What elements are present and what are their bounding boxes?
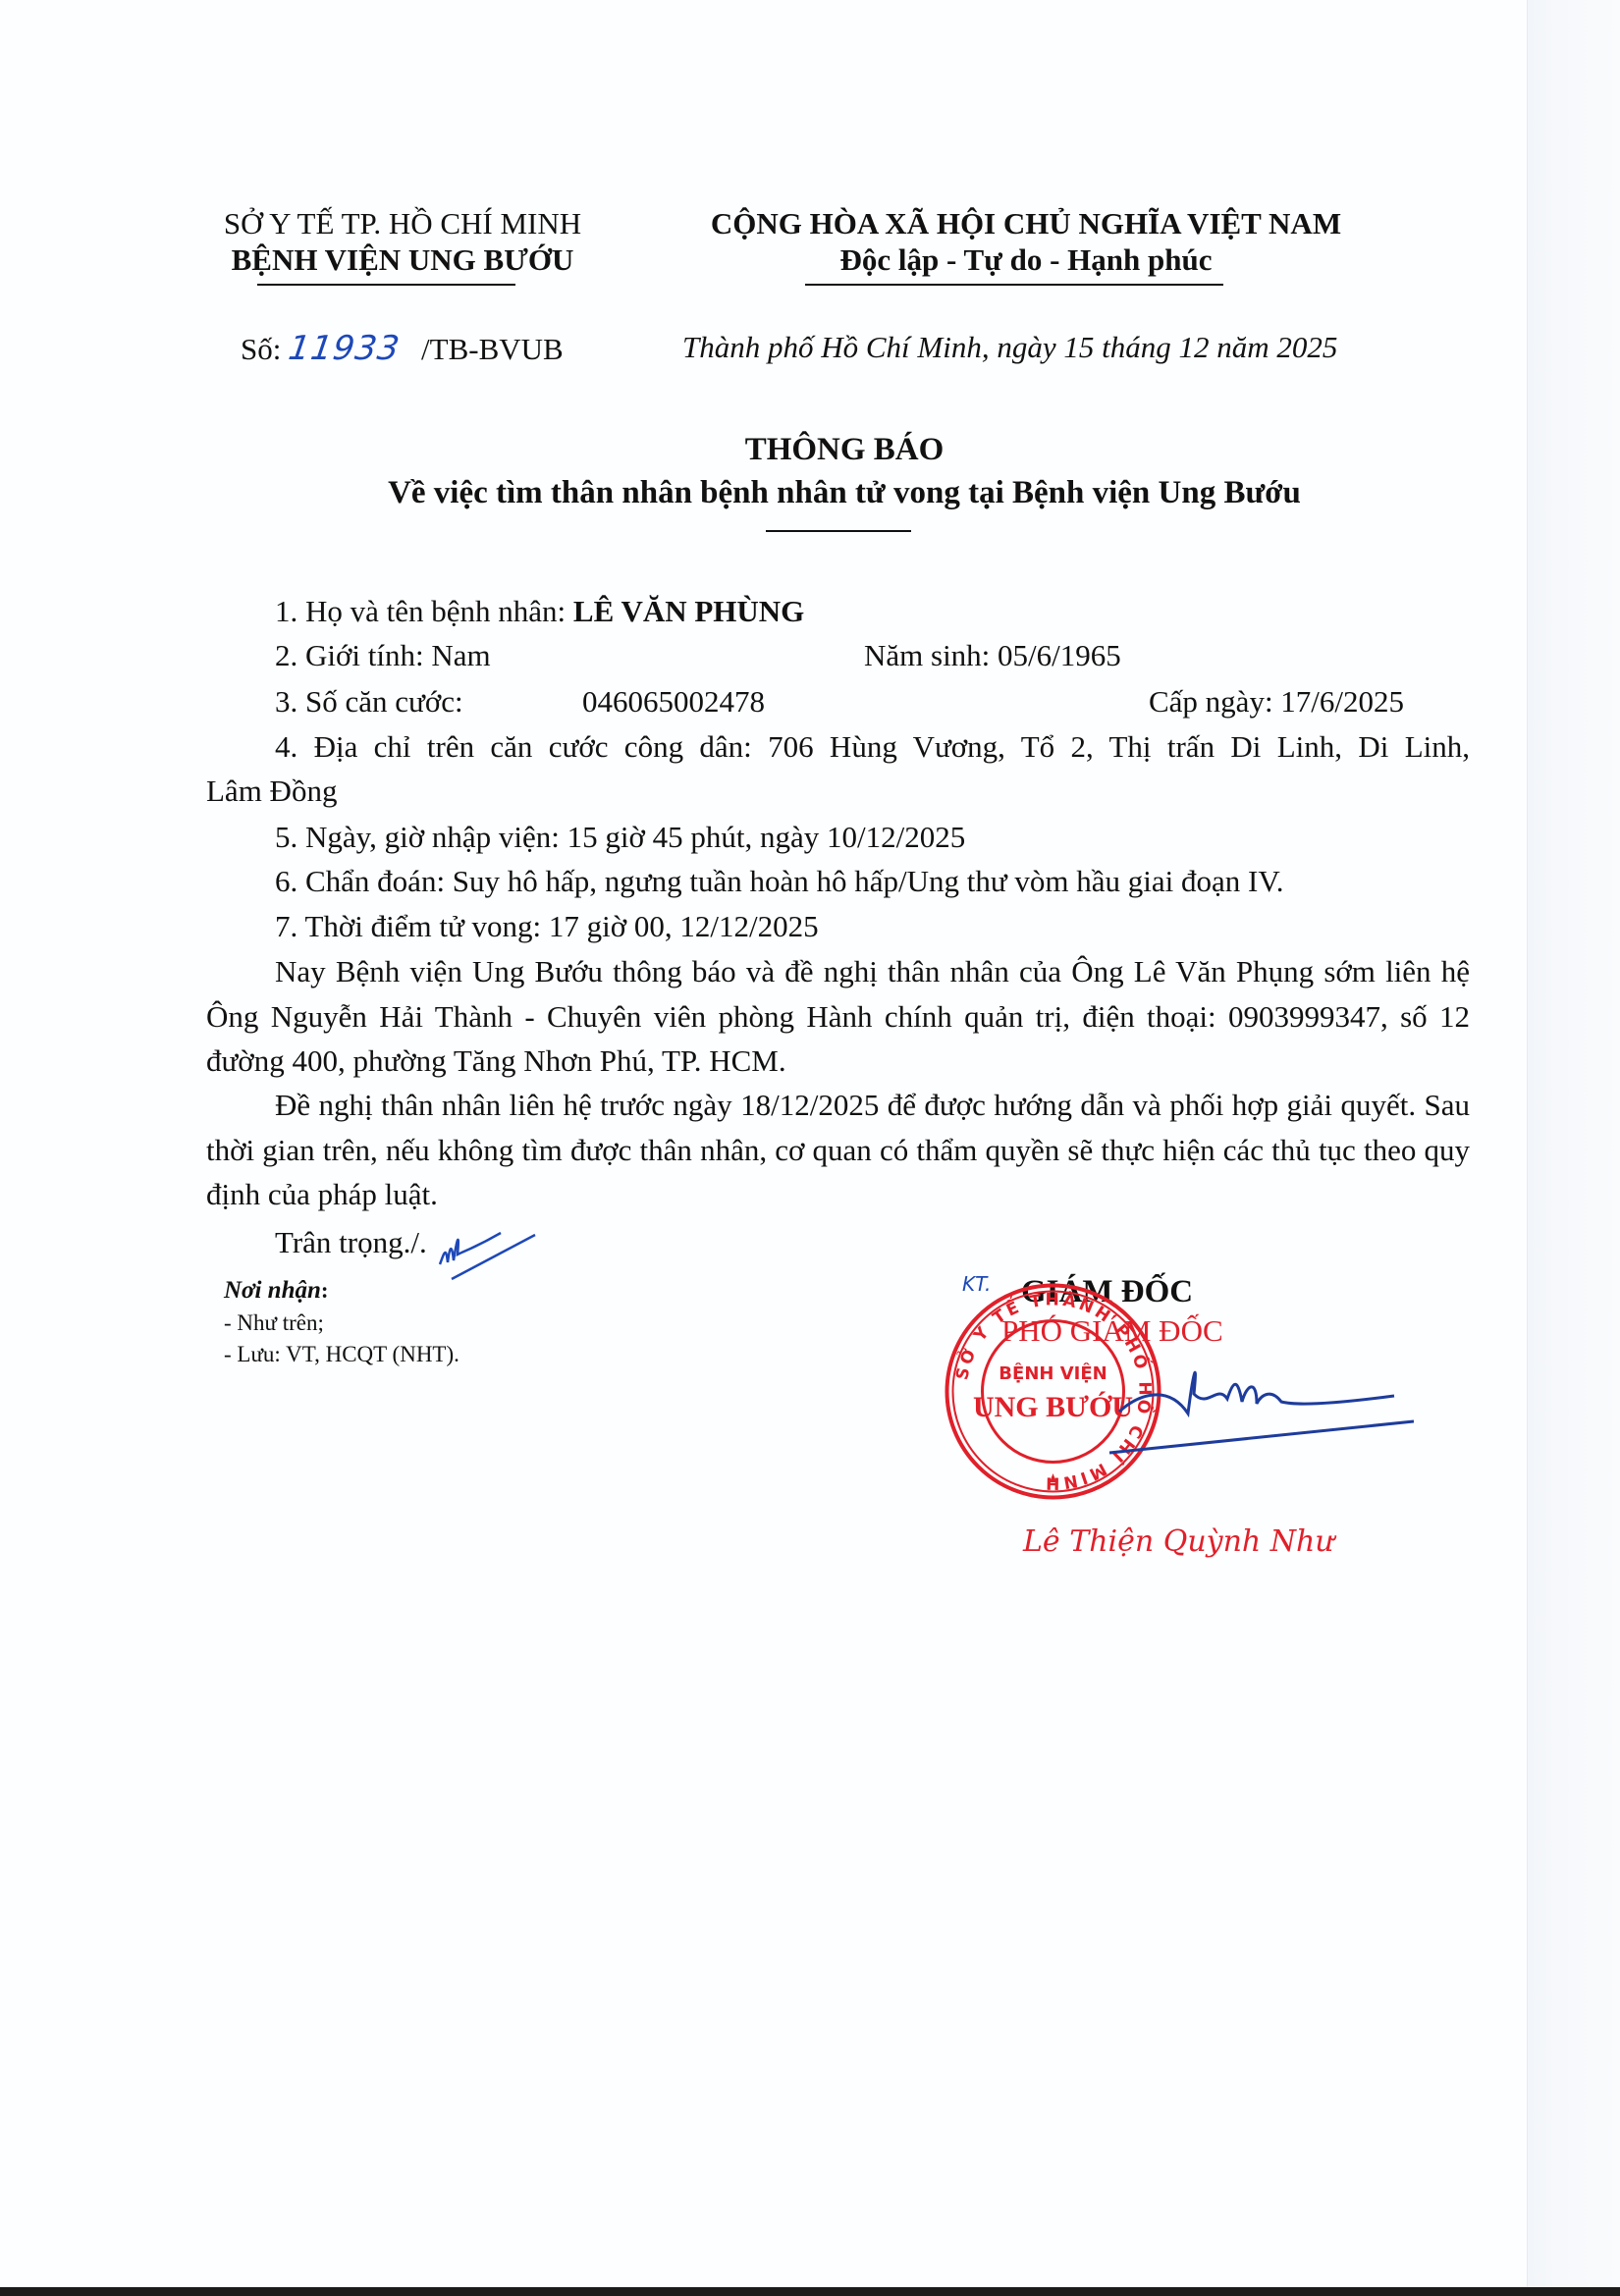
item-address: 4. Địa chỉ trên căn cước công dân: 706 H… xyxy=(275,724,1470,770)
place-date: Thành phố Hồ Chí Minh, ngày 15 tháng 12 … xyxy=(682,330,1337,365)
item-gender: 2. Giới tính: Nam xyxy=(275,633,491,678)
doc-number-handwritten: 11933 xyxy=(286,329,403,368)
item-id-number: 046065002478 xyxy=(582,679,765,724)
item-address-cont: Lâm Đồng xyxy=(206,769,337,814)
doc-number-prefix: Số: xyxy=(241,332,281,366)
nation-name: CỘNG HÒA XÃ HỘI CHỦ NGHĨA VIỆT NAM xyxy=(687,206,1365,241)
initials-signature-icon xyxy=(432,1225,550,1284)
document-title: THÔNG BÁO xyxy=(295,432,1394,467)
item-id-label: 3. Số căn cước: xyxy=(275,679,463,724)
closing-text: Trân trọng./. xyxy=(275,1220,427,1265)
recipients-label: Nơi nhận xyxy=(224,1277,321,1304)
item-id-issue-date: Cấp ngày: 17/6/2025 xyxy=(1149,679,1404,724)
recipient-item: - Như trên; xyxy=(224,1308,324,1338)
organization-name: BỆNH VIỆN UNG BƯỚU xyxy=(206,242,599,278)
item-patient-name: 1. Họ và tên bệnh nhân: LÊ VĂN PHÙNG xyxy=(275,589,804,634)
document-subtitle: Về việc tìm thân nhân bệnh nhân tử vong … xyxy=(196,475,1492,510)
doc-number-suffix: /TB-BVUB xyxy=(421,332,564,366)
organization-underline xyxy=(257,284,515,286)
closing: Trân trọng./. xyxy=(275,1225,427,1259)
recipient-item: - Lưu: VT, HCQT (NHT). xyxy=(224,1340,459,1369)
notice-paragraph-contact: Nay Bệnh viện Ung Bướu thông báo và đề n… xyxy=(206,949,1470,1084)
signer-name: Lê Thiện Quỳnh Như xyxy=(1023,1524,1334,1559)
item-death-time: 7. Thời điểm tử vong: 17 giờ 00, 12/12/2… xyxy=(275,904,819,949)
notice-paragraph-deadline: Đề nghị thân nhân liên hệ trước ngày 18/… xyxy=(206,1083,1470,1217)
item-diagnosis: 6. Chẩn đoán: Suy hô hấp, ngưng tuần hoà… xyxy=(275,859,1284,904)
stamp-center-top: BỆNH VIỆN xyxy=(999,1362,1107,1384)
scan-page-edge xyxy=(1527,0,1620,2287)
scan-bottom-border xyxy=(0,2287,1620,2296)
recipients-colon: : xyxy=(321,1278,329,1303)
patient-name-value: LÊ VĂN PHÙNG xyxy=(573,594,804,628)
document-number: Số: 11933 /TB-BVUB xyxy=(241,329,564,368)
director-signature-icon xyxy=(1100,1355,1414,1463)
patient-name-label: 1. Họ và tên bệnh nhân: xyxy=(275,594,573,628)
item-birth-date: Năm sinh: 05/6/1965 xyxy=(864,633,1121,678)
national-motto: Độc lập - Tự do - Hạnh phúc xyxy=(687,242,1365,278)
recipients-heading: Nơi nhận: xyxy=(224,1276,329,1306)
item-admission: 5. Ngày, giờ nhập viện: 15 giờ 45 phút, … xyxy=(275,815,965,860)
agency-name: SỞ Y TẾ TP. HỒ CHÍ MINH xyxy=(206,206,599,241)
motto-underline xyxy=(805,284,1223,286)
title-underline xyxy=(766,530,911,532)
